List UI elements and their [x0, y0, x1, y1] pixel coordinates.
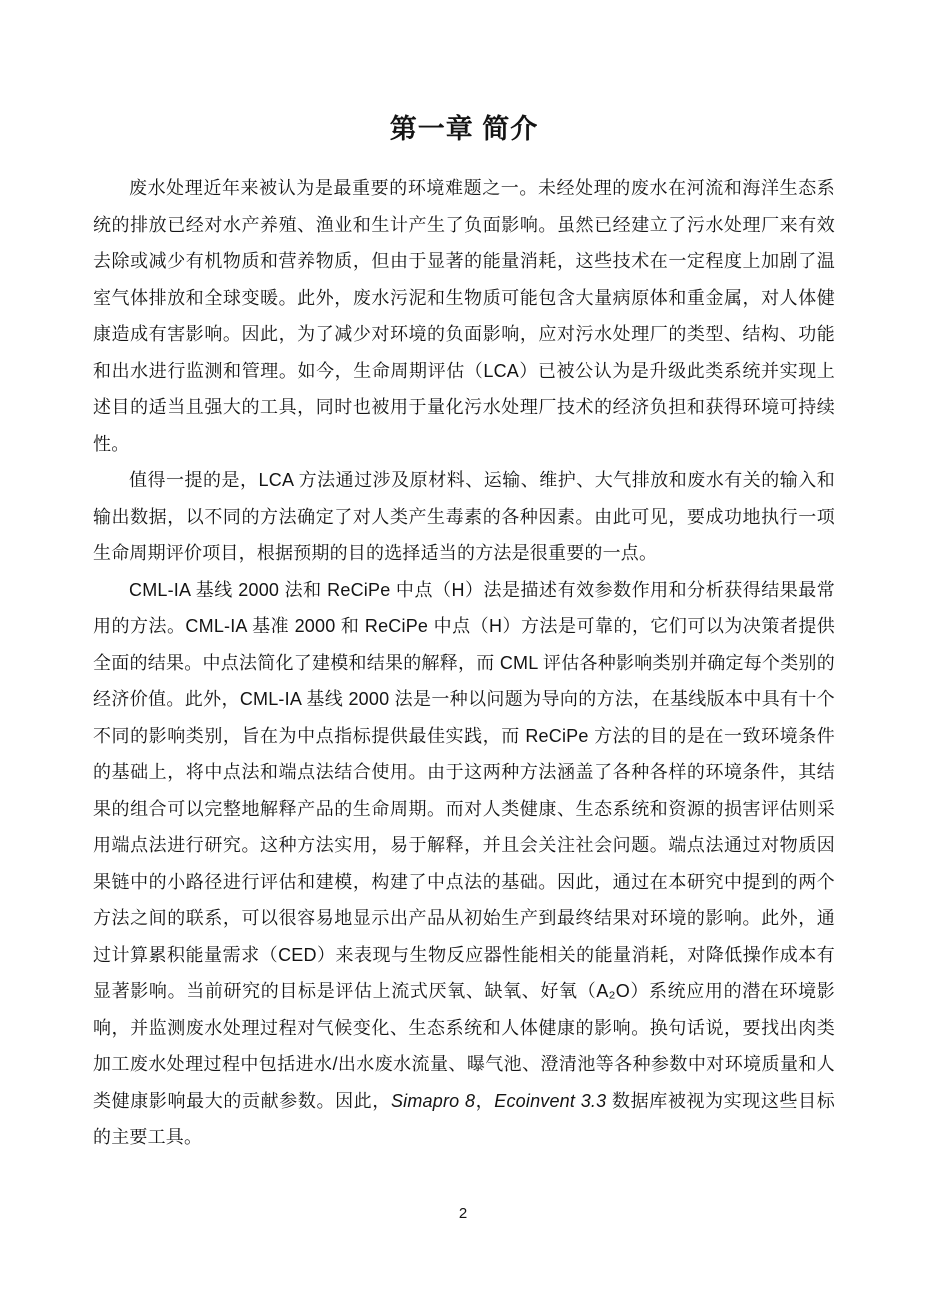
paragraph-lca-method: 值得一提的是，LCA 方法通过涉及原材料、运输、维护、大气排放和废水有关的输入和…: [93, 462, 835, 572]
document-content: 第一章 简介 废水处理近年来被认为是最重要的环境难题之一。未经处理的废水在河流和…: [93, 112, 835, 1156]
paragraph-cml-recipe: CML-IA 基线 2000 法和 ReCiPe 中点（H）法是描述有效参数作用…: [93, 572, 835, 1156]
paragraph-intro-wastewater: 废水处理近年来被认为是最重要的环境难题之一。未经处理的废水在河流和海洋生态系统的…: [93, 170, 835, 462]
ecoinvent-tool-name: Ecoinvent 3.3: [494, 1091, 606, 1111]
document-page: 第一章 简介 废水处理近年来被认为是最重要的环境难题之一。未经处理的废水在河流和…: [0, 0, 926, 1309]
tool-name-separator: ，: [475, 1091, 494, 1111]
paragraph-cml-recipe-text: CML-IA 基线 2000 法和 ReCiPe 中点（H）法是描述有效参数作用…: [93, 580, 835, 1111]
simapro-tool-name: Simapro 8: [391, 1091, 475, 1111]
chapter-title: 第一章 简介: [93, 112, 835, 147]
page-number: 2: [0, 1204, 926, 1224]
